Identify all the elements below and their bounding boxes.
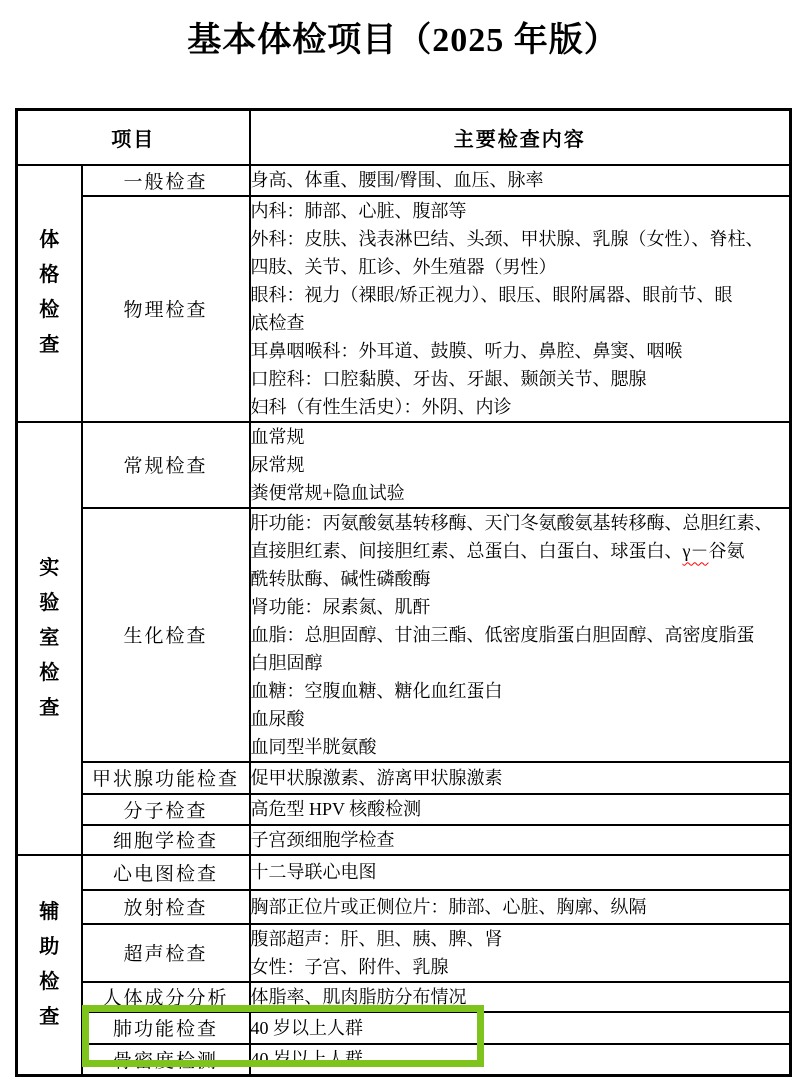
row-bone-density: 骨密度检测 40 岁以上人群 [17,1044,791,1076]
content-line: 酰转肽酶、碱性磷酸酶 [251,565,790,593]
content-line: 肾功能：尿素氮、肌酐 [251,593,790,621]
content-line: 血同型半胱氨酸 [251,733,790,761]
category-label: 辅助检查 [38,895,60,1035]
row-label-ecg: 心电图检查 [82,855,250,890]
row-ultrasound: 超声检查 腹部超声：肝、胆、胰、脾、肾 女性：子宫、附件、乳腺 [17,924,791,982]
cell-routine-tests-content: 血常规 尿常规 粪便常规+隐血试验 [250,422,791,508]
cell-general-check-content: 身高、体重、腰围/臀围、血压、脉率 [250,165,791,196]
content-line: 40 岁以上人群 [251,1014,790,1042]
cell-molecular-test-content: 高危型 HPV 核酸检测 [250,794,791,825]
row-label-thyroid-function: 甲状腺功能检查 [82,762,250,794]
cell-cytology-test-content: 子宫颈细胞学检查 [250,825,791,855]
content-line: 耳鼻咽喉科：外耳道、鼓膜、听力、鼻腔、鼻窦、咽喉 [251,337,790,365]
cell-ecg-content: 十二导联心电图 [250,855,791,890]
row-label-cytology-test: 细胞学检查 [82,825,250,855]
cell-pulmonary-function-content: 40 岁以上人群 [250,1012,791,1044]
content-line: 胸部正位片或正侧位片：肺部、心脏、胸廓、纵隔 [251,893,790,921]
column-header-item: 项目 [17,110,250,165]
category-label: 实验室检查 [38,551,60,726]
squiggle-post-text: 谷氨 [708,541,744,561]
row-label-ultrasound: 超声检查 [82,924,250,982]
content-line: 粪便常规+隐血试验 [251,479,790,507]
content-line: 白胆固醇 [251,649,790,677]
content-line: 高危型 HPV 核酸检测 [251,795,790,823]
row-routine-tests: 实验室检查 常规检查 血常规 尿常规 粪便常规+隐血试验 [17,422,791,508]
spellcheck-squiggle-text: γ－ [683,541,709,561]
cell-bone-density-content: 40 岁以上人群 [250,1044,791,1076]
content-line-with-squiggle: 直接胆红素、间接胆红素、总蛋白、白蛋白、球蛋白、γ－谷氨 [251,537,790,565]
content-line: 尿常规 [251,451,790,479]
page-title: 基本体检项目（2025 年版） [0,12,806,61]
content-line: 女性：子宫、附件、乳腺 [251,953,790,981]
content-line: 促甲状腺激素、游离甲状腺激素 [251,764,790,792]
exam-table: 项目 主要检查内容 体格检查 一般检查 身高、体重、腰围/臀围、血压、脉率 物理… [15,108,792,1077]
squiggle-pre-text: 直接胆红素、间接胆红素、总蛋白、白蛋白、球蛋白、 [251,541,683,561]
content-line: 十二导联心电图 [251,858,790,886]
cell-thyroid-function-content: 促甲状腺激素、游离甲状腺激素 [250,762,791,794]
document-page: 基本体检项目（2025 年版） 项目 主要检查内容 体格检查 一般检查 身高、体… [0,0,806,1080]
row-thyroid-function: 甲状腺功能检查 促甲状腺激素、游离甲状腺激素 [17,762,791,794]
cell-physical-check-content: 内科：肺部、心脏、腹部等 外科：皮肤、浅表淋巴结、头颈、甲状腺、乳腺（女性）、脊… [250,196,791,422]
content-line: 体脂率、肌肉脂肪分布情况 [251,983,790,1011]
content-line: 内科：肺部、心脏、腹部等 [251,197,790,225]
cell-body-composition-content: 体脂率、肌肉脂肪分布情况 [250,982,791,1012]
row-label-biochemical-tests: 生化检查 [82,508,250,762]
row-physical-check: 物理检查 内科：肺部、心脏、腹部等 外科：皮肤、浅表淋巴结、头颈、甲状腺、乳腺（… [17,196,791,422]
row-body-composition: 人体成分分析 体脂率、肌肉脂肪分布情况 [17,982,791,1012]
row-label-radiology: 放射检查 [82,890,250,924]
row-label-pulmonary-function: 肺功能检查 [82,1012,250,1044]
content-line: 40 岁以上人群 [251,1045,790,1073]
row-biochemical-tests: 生化检查 肝功能：丙氨酸氨基转移酶、天门冬氨酸氨基转移酶、总胆红素、 直接胆红素… [17,508,791,762]
content-line: 口腔科：口腔黏膜、牙齿、牙龈、颞颌关节、腮腺 [251,365,790,393]
category-physical-exam: 体格检查 [17,165,82,422]
content-line: 肝功能：丙氨酸氨基转移酶、天门冬氨酸氨基转移酶、总胆红素、 [251,509,790,537]
content-line: 身高、体重、腰围/臀围、血压、脉率 [251,166,790,194]
category-label: 体格检查 [38,223,60,363]
row-label-molecular-test: 分子检查 [82,794,250,825]
content-line: 四肢、关节、肛诊、外生殖器（男性） [251,253,790,281]
content-line: 血糖：空腹血糖、糖化血红蛋白 [251,677,790,705]
content-line: 妇科（有性生活史）：外阴、内诊 [251,393,790,421]
category-laboratory: 实验室检查 [17,422,82,855]
content-line: 底检查 [251,309,790,337]
content-line: 血常规 [251,423,790,451]
row-label-physical-check: 物理检查 [82,196,250,422]
content-line: 血尿酸 [251,705,790,733]
row-ecg: 辅助检查 心电图检查 十二导联心电图 [17,855,791,890]
content-line: 子宫颈细胞学检查 [251,826,790,854]
row-molecular-test: 分子检查 高危型 HPV 核酸检测 [17,794,791,825]
content-line: 外科：皮肤、浅表淋巴结、头颈、甲状腺、乳腺（女性）、脊柱、 [251,225,790,253]
content-line: 眼科：视力（裸眼/矫正视力）、眼压、眼附属器、眼前节、眼 [251,281,790,309]
row-label-body-composition: 人体成分分析 [82,982,250,1012]
row-cytology-test: 细胞学检查 子宫颈细胞学检查 [17,825,791,855]
column-header-content: 主要检查内容 [250,110,791,165]
row-general-check: 体格检查 一般检查 身高、体重、腰围/臀围、血压、脉率 [17,165,791,196]
content-line: 血脂：总胆固醇、甘油三酯、低密度脂蛋白胆固醇、高密度脂蛋 [251,621,790,649]
row-label-bone-density: 骨密度检测 [82,1044,250,1076]
row-label-routine-tests: 常规检查 [82,422,250,508]
table-header-row: 项目 主要检查内容 [17,110,791,165]
row-radiology: 放射检查 胸部正位片或正侧位片：肺部、心脏、胸廓、纵隔 [17,890,791,924]
cell-radiology-content: 胸部正位片或正侧位片：肺部、心脏、胸廓、纵隔 [250,890,791,924]
category-auxiliary: 辅助检查 [17,855,82,1076]
cell-ultrasound-content: 腹部超声：肝、胆、胰、脾、肾 女性：子宫、附件、乳腺 [250,924,791,982]
content-line: 腹部超声：肝、胆、胰、脾、肾 [251,925,790,953]
row-pulmonary-function: 肺功能检查 40 岁以上人群 [17,1012,791,1044]
cell-biochemical-tests-content: 肝功能：丙氨酸氨基转移酶、天门冬氨酸氨基转移酶、总胆红素、 直接胆红素、间接胆红… [250,508,791,762]
row-label-general-check: 一般检查 [82,165,250,196]
